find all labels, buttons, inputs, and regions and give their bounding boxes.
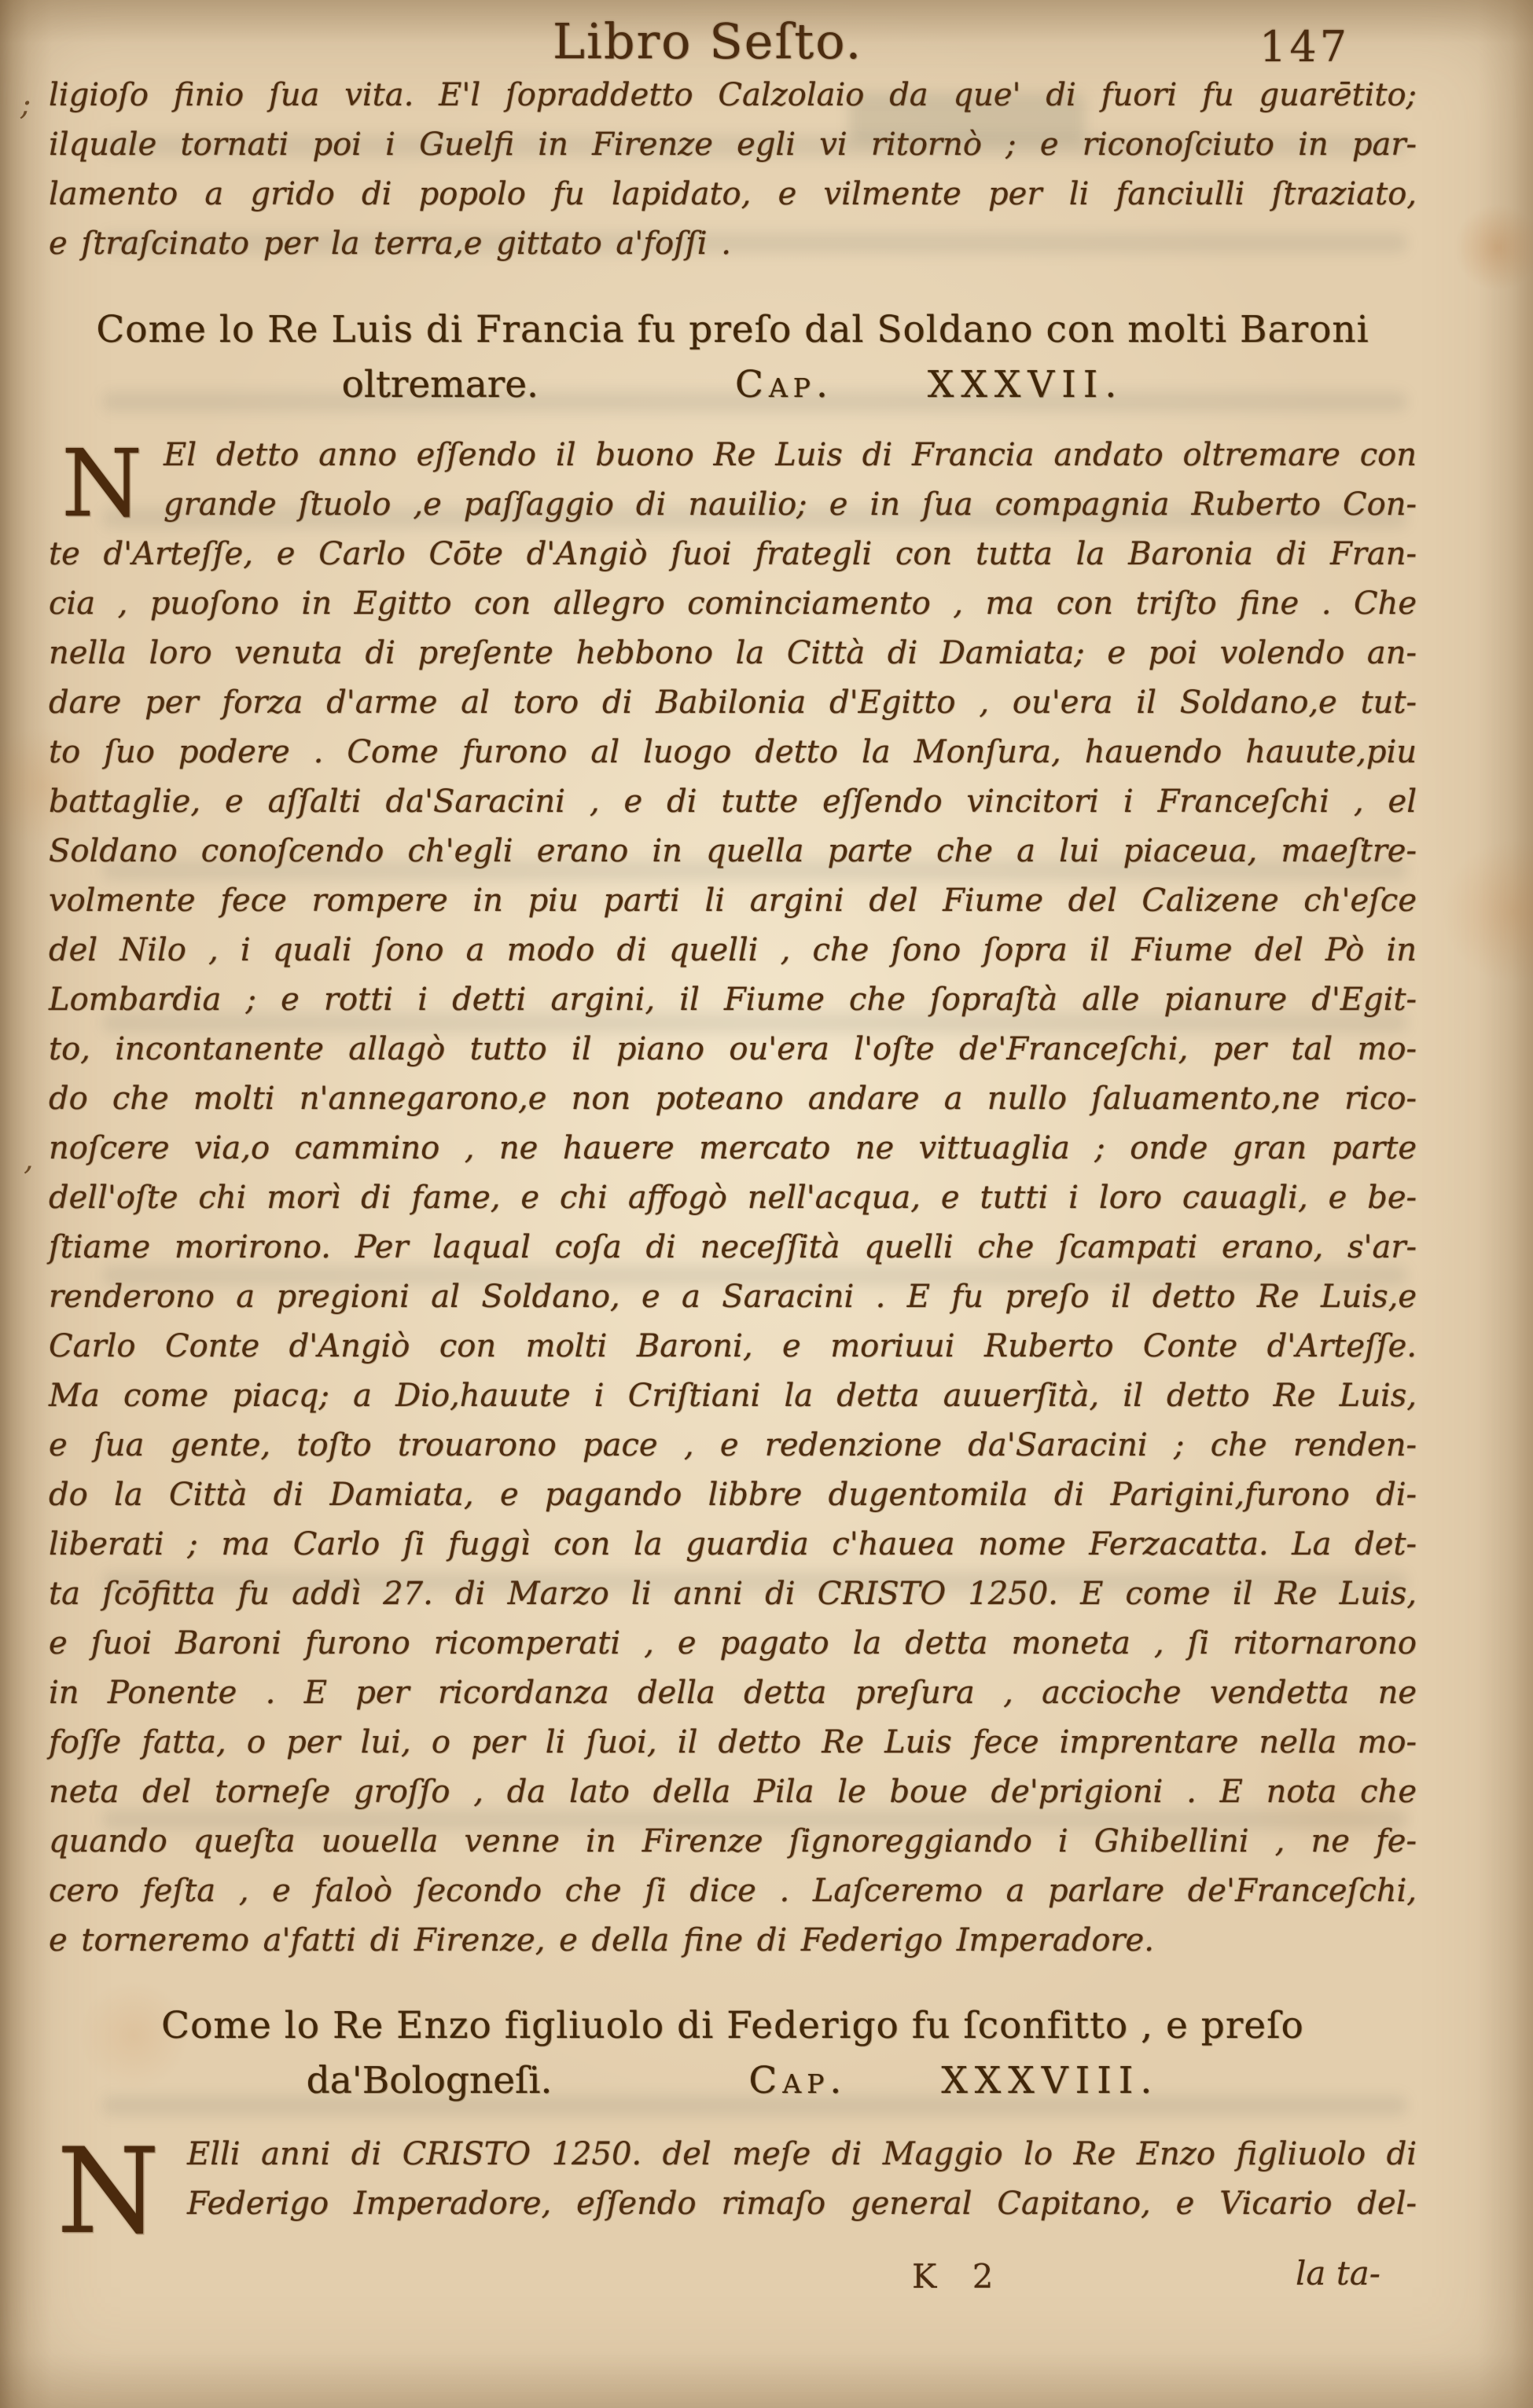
- ink-mark: ,: [24, 1141, 34, 1177]
- chapter-37-body: N El detto anno eſſendo il buono Re Luis…: [49, 437, 1417, 1972]
- text-line: to, incontanente allagò tutto il piano o…: [49, 1031, 1417, 1081]
- text-line: do la Città di Damiata, e pagando libbre…: [49, 1477, 1417, 1526]
- text-line: cero feſta , e faloò ſecondo che ſi dice…: [49, 1873, 1417, 1922]
- text-line: El detto anno eſſendo il buono Re Luis d…: [49, 437, 1417, 486]
- text-line: renderono a pregioni al Soldano, e a Sar…: [49, 1279, 1417, 1328]
- text-line: do che molti n'annegarono,e non poteano …: [49, 1081, 1417, 1130]
- chapter-38-body: N Elli anni di CRISTO 1250. del meſe di …: [49, 2136, 1417, 2235]
- chapter-37-paragraph: El detto anno eſſendo il buono Re Luis d…: [49, 437, 1417, 1972]
- page-number: 147: [1259, 22, 1350, 72]
- text-line: dare per forza d'arme al toro di Babilon…: [49, 685, 1417, 734]
- text-line: Lombardia ; e rotti i detti argini, il F…: [49, 982, 1417, 1031]
- text-line: neta del torneſe groſſo , da lato della …: [49, 1774, 1417, 1823]
- text-line: te d'Arteſſe, e Carlo Cōte d'Angiò ſuoi …: [49, 536, 1417, 585]
- text-line: quando queſta uouella venne in Firenze ſ…: [49, 1823, 1417, 1873]
- text-line: grande ſtuolo ,e paſſaggio di nauilio; e…: [49, 486, 1417, 536]
- catchword: la ta-: [1296, 2254, 1380, 2292]
- chapter-cap-label: Cap.: [748, 2056, 847, 2106]
- text-line: ta ſcōfitta fu addì 27. di Marzo li anni…: [49, 1576, 1417, 1625]
- text-line: ligioſo finio ſua vita. E'l ſopraddetto …: [49, 77, 1417, 127]
- chapter-heading-tail: da'Bologneſi.: [307, 2056, 553, 2106]
- text-line: in Ponente . E per ricordanza della dett…: [49, 1675, 1417, 1724]
- running-title: Libro Seſto.: [0, 13, 1415, 70]
- text-line: Federigo Imperadore, eſſendo rimaſo gene…: [49, 2186, 1417, 2235]
- chapter-cap-number: XXXVII.: [928, 360, 1123, 410]
- chapter-heading-line: da'Bologneſi. Cap. XXXVIII.: [49, 2056, 1417, 2106]
- text-line: cia , puoſono in Egitto con allegro comi…: [49, 585, 1417, 635]
- chapter-heading-line: Come lo Re Enzo figliuolo di Federigo fu…: [49, 2002, 1417, 2050]
- drop-cap-initial: N: [57, 2133, 160, 2251]
- text-line: Elli anni di CRISTO 1250. del meſe di Ma…: [49, 2136, 1417, 2186]
- chapter-heading-tail: oltremare.: [342, 360, 539, 410]
- chapter-heading-line: oltremare. Cap. XXXVII.: [49, 360, 1417, 410]
- text-line: nella loro venuta di preſente hebbono la…: [49, 635, 1417, 685]
- text-line: e ſua gente, toſto trouarono pace , e re…: [49, 1427, 1417, 1477]
- text-line: battaglie, e aſſalti da'Saracini , e di …: [49, 784, 1417, 833]
- text-line: lamento a grido di popolo fu lapidato, e…: [49, 176, 1417, 226]
- drop-cap-initial: N: [61, 437, 142, 530]
- text-line: liberati ; ma Carlo ſi fuggì con la guar…: [49, 1526, 1417, 1576]
- text-line: del Nilo , i quali ſono a modo di quelli…: [49, 932, 1417, 982]
- text-line: Soldano conoſcendo ch'egli erano in quel…: [49, 833, 1417, 883]
- chapter-cap-number: XXXVIII.: [941, 2056, 1159, 2106]
- chapter-38-paragraph: Elli anni di CRISTO 1250. del meſe di Ma…: [49, 2136, 1417, 2235]
- chapter-37-heading: Come lo Re Luis di Francia fu preſo dal …: [49, 307, 1417, 410]
- text-line: dell'oſte chi morì di fame, e chi affogò…: [49, 1180, 1417, 1229]
- quire-signature: K 2: [912, 2257, 1005, 2296]
- text-line: noſcere via,o cammino , ne hauere mercat…: [49, 1130, 1417, 1180]
- chapter-38-heading: Come lo Re Enzo figliuolo di Federigo fu…: [49, 2002, 1417, 2106]
- book-page: ; , Libro Seſto. 147 ligioſo finio ſua v…: [0, 0, 1533, 2408]
- chapter-cap-label: Cap.: [735, 360, 833, 410]
- text-line: ilquale tornati poi i Guelfi in Firenze …: [49, 127, 1417, 176]
- text-line: to ſuo podere . Come furono al luogo det…: [49, 734, 1417, 784]
- chapter-heading-line: Come lo Re Luis di Francia fu preſo dal …: [49, 307, 1417, 354]
- ink-mark: ;: [20, 86, 31, 123]
- text-line: e torneremo a'fatti di Firenze, e della …: [49, 1922, 1417, 1972]
- text-line: Ma come piacq; a Dio,hauute i Criſtiani …: [49, 1378, 1417, 1427]
- paragraph-end-of-previous-chapter: ligioſo finio ſua vita. E'l ſopraddetto …: [49, 77, 1417, 275]
- text-line: e ſuoi Baroni furono ricomperati , e pag…: [49, 1625, 1417, 1675]
- text-line: e ſtraſcinato per la terra,e gittato a'f…: [49, 226, 1417, 275]
- text-line: ſtiame morirono. Per laqual coſa di nece…: [49, 1229, 1417, 1279]
- text-line: foſſe fatta, o per lui, o per li ſuoi, i…: [49, 1724, 1417, 1774]
- text-line: volmente fece rompere in piu parti li ar…: [49, 883, 1417, 932]
- text-line: Carlo Conte d'Angiò con molti Baroni, e …: [49, 1328, 1417, 1378]
